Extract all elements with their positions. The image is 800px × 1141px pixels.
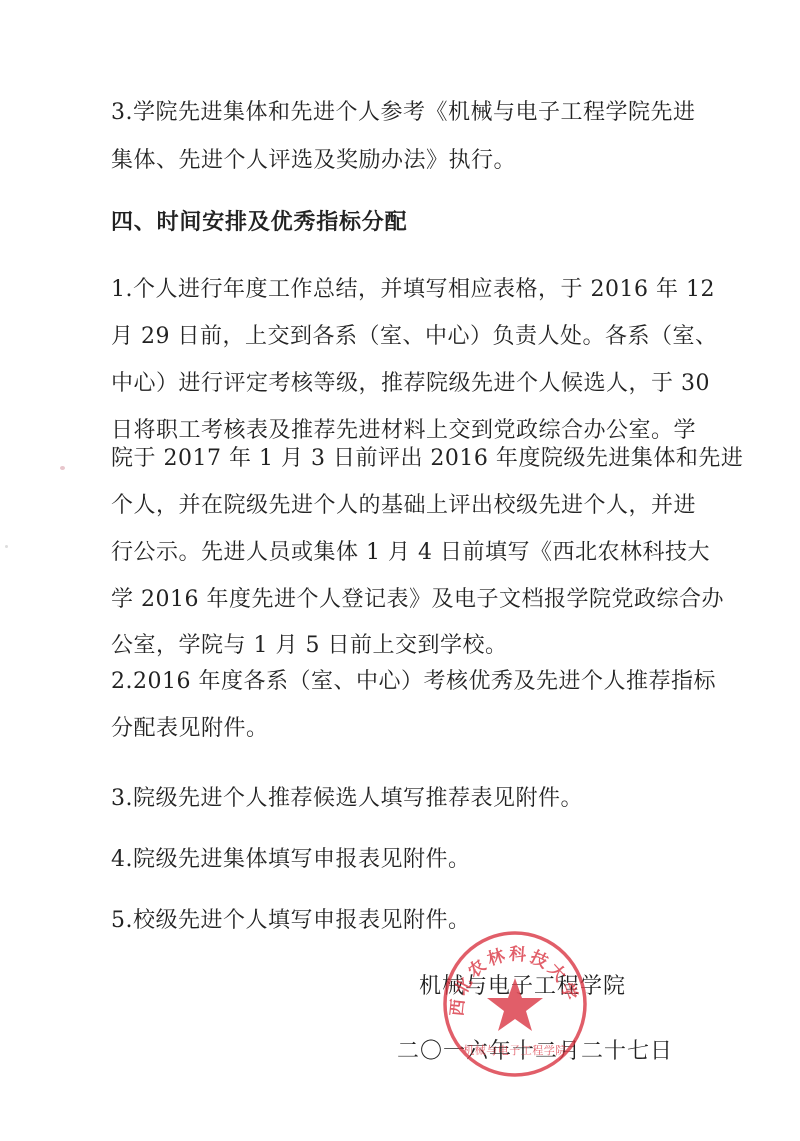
paragraph-line: 日将职工考核表及推荐先进材料上交到党政综合办公室。学: [111, 416, 696, 446]
paragraph-line: 行公示。先进人员或集体 1 月 4 日前填写《西北农林科技大: [111, 538, 710, 568]
paragraph-line: 3.院级先进个人推荐候选人填写推荐表见附件。: [111, 784, 583, 814]
paragraph-line: 3.学院先进集体和先进个人参考《机械与电子工程学院先进: [111, 98, 696, 128]
document-page: 3.学院先进集体和先进个人参考《机械与电子工程学院先进 集体、先进个人评选及奖励…: [0, 0, 800, 1141]
paragraph-line: 公室，学院与 1 月 5 日前上交到学校。: [111, 631, 507, 661]
paragraph-line: 1.个人进行年度工作总结，并填写相应表格，于 2016 年 12: [111, 275, 715, 305]
signature-date: 二〇一六年十二月二十七日: [397, 1037, 673, 1067]
paragraph-line: 分配表见附件。: [111, 714, 269, 744]
paragraph-line: 5.校级先进个人填写申报表见附件。: [111, 906, 471, 936]
paragraph-line: 4.院级先进集体填写申报表见附件。: [111, 845, 471, 875]
paragraph-line: 院于 2017 年 1 月 3 日前评出 2016 年度院级先进集体和先进: [111, 444, 743, 474]
paragraph-line: 集体、先进个人评选及奖励办法》执行。: [111, 146, 516, 176]
paragraph-line: 个人，并在院级先进个人的基础上评出校级先进个人，并进: [111, 491, 696, 521]
paragraph-line: 2.2016 年度各系（室、中心）考核优秀及先进个人推荐指标: [111, 667, 716, 697]
section-heading: 四、时间安排及优秀指标分配: [111, 207, 407, 237]
signature-organization: 机械与电子工程学院: [419, 972, 626, 1002]
scan-speck: [5, 545, 8, 548]
paragraph-line: 月 29 日前，上交到各系（室、中心）负责人处。各系（室、: [111, 322, 717, 352]
paragraph-line: 中心）进行评定考核等级，推荐院级先进个人候选人，于 30: [111, 369, 710, 399]
scan-speck: [60, 466, 65, 470]
paragraph-line: 学 2016 年度先进个人登记表》及电子文档报学院党政综合办: [111, 585, 724, 615]
